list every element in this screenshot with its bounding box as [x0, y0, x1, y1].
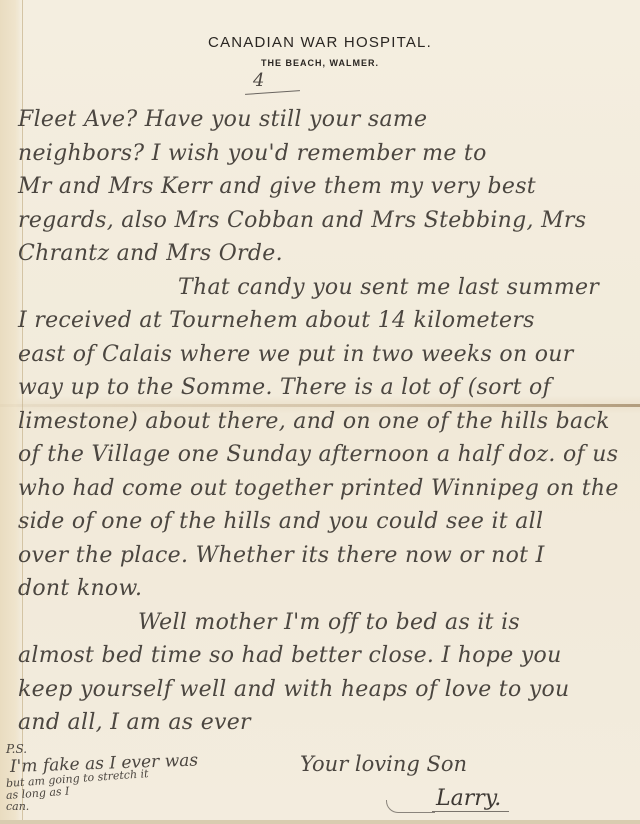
body-line: limestone) about there, and on one of th…: [18, 405, 630, 439]
letter-page: CANADIAN WAR HOSPITAL. THE BEACH, WALMER…: [0, 0, 640, 824]
body-line: east of Calais where we put in two weeks…: [18, 338, 630, 372]
paper-bottom-edge: [0, 820, 640, 824]
body-line: dont know.: [18, 572, 630, 606]
body-line: and all, I am as ever: [18, 706, 630, 740]
postscript-line: can.: [6, 801, 246, 812]
body-line: Chrantz and Mrs Orde.: [18, 237, 630, 271]
letter-body: Fleet Ave? Have you still your same neig…: [18, 103, 630, 740]
signature-flourish: [386, 800, 435, 813]
body-line: Well mother I'm off to bed as it is: [18, 606, 630, 640]
postscript: P.S. I'm fake as I ever was but am going…: [6, 742, 246, 812]
body-line: of the Village one Sunday afternoon a ha…: [18, 438, 630, 472]
body-line: I received at Tournehem about 14 kilomet…: [18, 304, 630, 338]
letterhead-title: CANADIAN WAR HOSPITAL.: [0, 34, 640, 51]
body-line: regards, also Mrs Cobban and Mrs Stebbin…: [18, 204, 630, 238]
body-line: side of one of the hills and you could s…: [18, 505, 630, 539]
body-line: That candy you sent me last summer: [18, 271, 630, 305]
page-number: 4: [253, 70, 264, 91]
body-line: over the place. Whether its there now or…: [18, 539, 630, 573]
letterhead: CANADIAN WAR HOSPITAL. THE BEACH, WALMER…: [0, 34, 640, 68]
signature: Larry.: [432, 786, 509, 812]
letterhead-subtitle: THE BEACH, WALMER.: [0, 58, 640, 68]
body-line: Fleet Ave? Have you still your same: [18, 103, 630, 137]
body-line: who had come out together printed Winnip…: [18, 472, 630, 506]
body-line: neighbors? I wish you'd remember me to: [18, 137, 630, 171]
body-line: Mr and Mrs Kerr and give them my very be…: [18, 170, 630, 204]
body-line: almost bed time so had better close. I h…: [18, 639, 630, 673]
body-line: way up to the Somme. There is a lot of (…: [18, 371, 630, 405]
body-line: keep yourself well and with heaps of lov…: [18, 673, 630, 707]
closing-salutation: Your loving Son: [300, 752, 467, 776]
